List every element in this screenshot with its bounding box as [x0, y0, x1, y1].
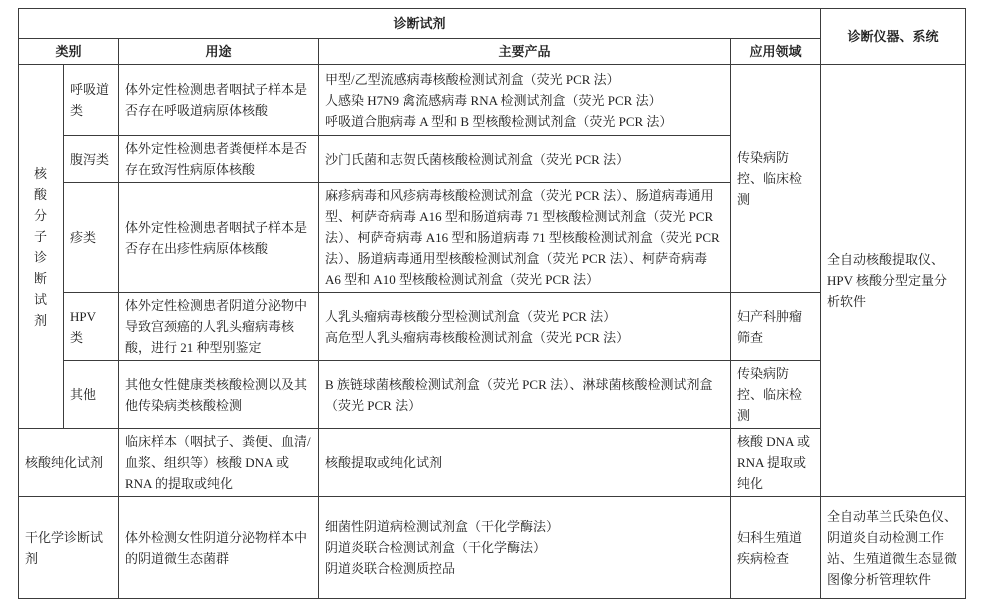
- cell-subcategory-respiratory: 呼吸道类: [64, 65, 119, 136]
- cell-products-respiratory: 甲型/乙型流感病毒核酸检测试剂盒（荧光 PCR 法） 人感染 H7N9 禽流感病…: [319, 65, 731, 136]
- cell-products-purification: 核酸提取或纯化试剂: [319, 429, 731, 497]
- cell-subcategory-other: 其他: [64, 361, 119, 429]
- cell-usage-rash: 体外定性检测患者咽拭子样本是否存在出疹性病原体核酸: [119, 183, 319, 293]
- diagnostic-reagent-table: 诊断试剂 诊断仪器、系统 类别 用途 主要产品 应用领域 核 酸 分 子 诊 断…: [18, 8, 966, 599]
- cell-products-dry-chemistry: 细菌性阴道病检测试剂盒（干化学酶法） 阴道炎联合检测试剂盒（干化学酶法） 阴道炎…: [319, 497, 731, 599]
- header-diagnostic-reagent: 诊断试剂: [19, 9, 821, 39]
- cell-usage-purification: 临床样本（咽拭子、粪便、血清/血浆、组织等）核酸 DNA 或 RNA 的提取或纯…: [119, 429, 319, 497]
- column-header-products: 主要产品: [319, 39, 731, 65]
- cell-products-diarrhea: 沙门氏菌和志贺氏菌核酸检测试剂盒（荧光 PCR 法）: [319, 136, 731, 183]
- cell-application-infectious-disease: 传染病防控、临床检测: [731, 65, 821, 293]
- cell-usage-dry-chemistry: 体外检测女性阴道分泌物样本中的阴道微生态菌群: [119, 497, 319, 599]
- cell-products-other: B 族链球菌核酸检测试剂盒（荧光 PCR 法）、淋球菌核酸检测试剂盒（荧光 PC…: [319, 361, 731, 429]
- cell-subcategory-hpv: HPV 类: [64, 293, 119, 361]
- cell-usage-diarrhea: 体外定性检测患者粪便样本是否存在致泻性病原体核酸: [119, 136, 319, 183]
- cell-usage-other: 其他女性健康类核酸检测以及其他传染病类核酸检测: [119, 361, 319, 429]
- cell-application-gynecology-oncology: 妇产科肿瘤筛查: [731, 293, 821, 361]
- column-header-usage: 用途: [119, 39, 319, 65]
- document-page: 诊断试剂 诊断仪器、系统 类别 用途 主要产品 应用领域 核 酸 分 子 诊 断…: [0, 0, 984, 563]
- column-header-category: 类别: [19, 39, 119, 65]
- cell-subcategory-diarrhea: 腹泻类: [64, 136, 119, 183]
- header-instrument-system: 诊断仪器、系统: [821, 9, 966, 65]
- cell-application-dry-chemistry: 妇科生殖道疾病检查: [731, 497, 821, 599]
- cell-usage-respiratory: 体外定性检测患者咽拭子样本是否存在呼吸道病原体核酸: [119, 65, 319, 136]
- cell-usage-hpv: 体外定性检测患者阴道分泌物中导致宫颈癌的人乳头瘤病毒核酸，进行 21 种型别鉴定: [119, 293, 319, 361]
- cell-products-hpv: 人乳头瘤病毒核酸分型检测试剂盒（荧光 PCR 法） 高危型人乳头瘤病毒核酸检测试…: [319, 293, 731, 361]
- cell-products-rash: 麻疹病毒和风疹病毒核酸检测试剂盒（荧光 PCR 法）、肠道病毒通用型、柯萨奇病毒…: [319, 183, 731, 293]
- cell-application-other: 传染病防控、临床检测: [731, 361, 821, 429]
- cell-category-nucleic-acid-molecular: 核 酸 分 子 诊 断 试 剂: [19, 65, 64, 429]
- cell-instrument-nucleic-acid: 全自动核酸提取仪、HPV 核酸分型定量分析软件: [821, 65, 966, 497]
- cell-category-dry-chemistry: 干化学诊断试剂: [19, 497, 119, 599]
- column-header-application: 应用领域: [731, 39, 821, 65]
- cell-subcategory-rash: 疹类: [64, 183, 119, 293]
- cell-category-purification: 核酸纯化试剂: [19, 429, 119, 497]
- cell-instrument-dry-chemistry: 全自动革兰氏染色仪、阴道炎自动检测工作站、生殖道微生态显微图像分析管理软件: [821, 497, 966, 599]
- cell-application-purification: 核酸 DNA 或 RNA 提取或纯化: [731, 429, 821, 497]
